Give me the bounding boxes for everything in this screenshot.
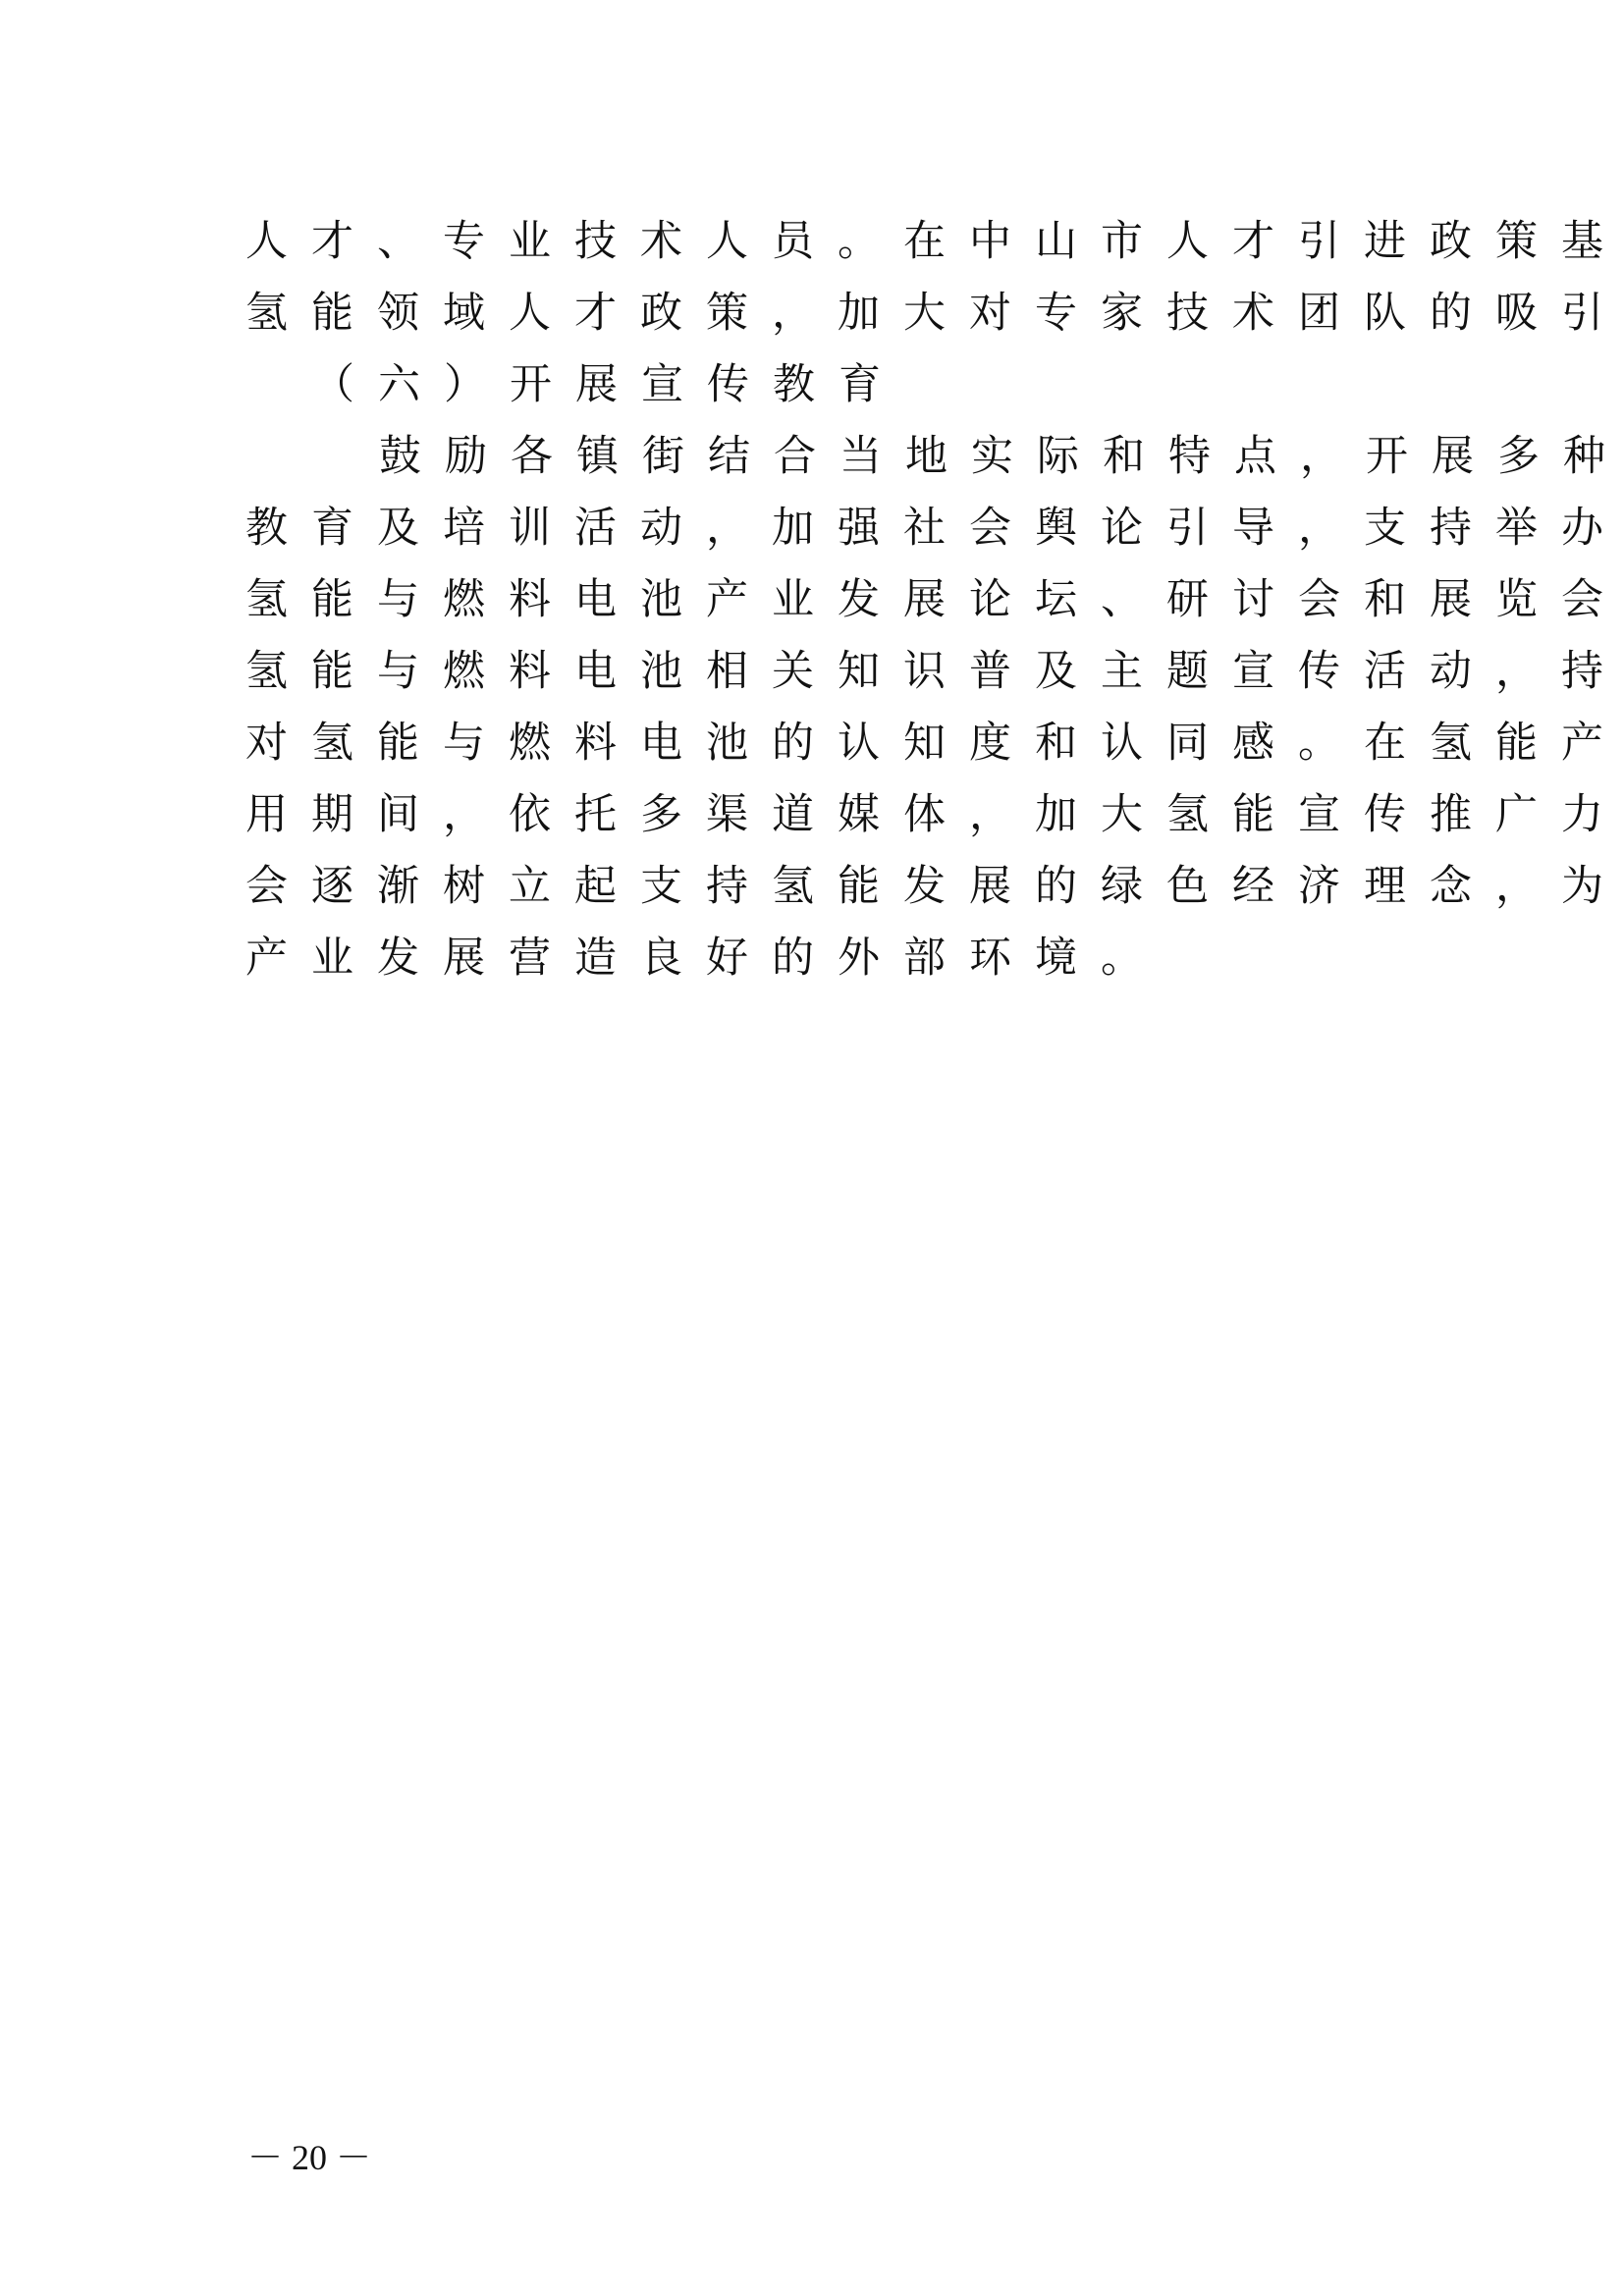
document-body: 人才、专业技术人员。在中山市人才引进政策基础上，细化 氢能领域人才政策，加大对专… — [245, 206, 1394, 994]
paragraph-line: 产业发展营造良好的外部环境。 — [245, 923, 1394, 994]
paragraph-line: 教育及培训活动，加强社会舆论引导，支持举办有影响力的 — [245, 493, 1394, 564]
paragraph-line: 人才、专业技术人员。在中山市人才引进政策基础上，细化 — [245, 206, 1394, 278]
document-page: 人才、专业技术人员。在中山市人才引进政策基础上，细化 氢能领域人才政策，加大对专… — [0, 0, 1624, 2296]
paragraph-line: 会逐渐树立起支持氢能发展的绿色经济理念，为中山市氢能 — [245, 851, 1394, 923]
paragraph-line: 用期间，依托多渠道媒体，加大氢能宣传推广力度，在全社 — [245, 779, 1394, 851]
paragraph-line: 鼓励各镇街结合当地实际和特点，开展多种形式的宣传 — [245, 421, 1394, 493]
paragraph-line: 对氢能与燃料电池的认知度和认同感。在氢能产品的示范应 — [245, 708, 1394, 779]
paragraph-line: 氢能与燃料电池产业发展论坛、研讨会和展览会，积极开展 — [245, 564, 1394, 636]
section-heading: （六）开展宣传教育 — [245, 349, 1394, 421]
page-number: － 20 － — [247, 2130, 371, 2180]
paragraph-line: 氢能与燃料电池相关知识普及主题宣传活动，持续提高公众 — [245, 636, 1394, 708]
paragraph-line: 氢能领域人才政策，加大对专家技术团队的吸引力度。 — [245, 278, 1394, 349]
